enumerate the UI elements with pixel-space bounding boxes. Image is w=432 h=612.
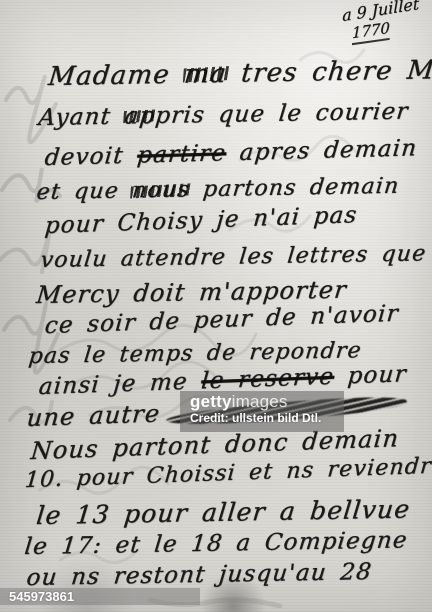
letter-text-segment: partons demain bbox=[189, 174, 401, 203]
letter-text-segment: Ayant bbox=[37, 103, 126, 131]
letter-line: le 13 pour aller a bellvue bbox=[35, 494, 412, 530]
letter-line: voulu attendre les lettres que bbox=[39, 241, 427, 273]
image-id-text: 545973861 bbox=[9, 589, 74, 604]
watermark: gettyimages Credit: ullstein bild Dtl. bbox=[180, 391, 344, 432]
letter-text-segment: apres demain bbox=[225, 135, 419, 166]
letter-text-segment: tres chere Mere bbox=[225, 54, 432, 89]
letter-text-segment: devoit bbox=[43, 143, 138, 171]
letter-photograph: a 9 Juillet 1770 Madame ma tres chere Me… bbox=[0, 0, 432, 612]
letter-text-segment: ainsi je me bbox=[38, 368, 203, 400]
letter-line: Madame ma tres chere Mere bbox=[47, 54, 432, 92]
letter-body: Madame ma tres chere MereAyant appris qu… bbox=[0, 0, 432, 612]
letter-text-segment: ma bbox=[183, 59, 229, 90]
image-id-bar: 545973861 bbox=[0, 588, 200, 605]
letter-text-segment: ou ns restont jusqu'au 28 bbox=[25, 559, 373, 591]
watermark-brand-getty: getty bbox=[190, 392, 232, 411]
watermark-credit: Credit: ullstein bild Dtl. bbox=[190, 411, 344, 426]
letter-text-segment: pour Choisy je n'ai pas bbox=[44, 202, 359, 239]
watermark-brand: gettyimages bbox=[190, 393, 344, 411]
letter-line: ou ns restont jusqu'au 28 bbox=[25, 559, 373, 591]
letter-text-segment: nous bbox=[131, 177, 191, 203]
letter-text-segment: pris que le courier bbox=[154, 99, 410, 129]
letter-line: et que nous partons demain bbox=[35, 174, 400, 205]
letter-text-segment: Madame bbox=[47, 60, 186, 92]
letter-line: Ayant appris que le courier bbox=[37, 99, 410, 132]
letter-line: devoit partire apres demain bbox=[43, 135, 418, 171]
letter-line: pour Choisy je n'ai pas bbox=[44, 202, 359, 239]
letter-line: le 17: et le 18 a Compiegne bbox=[23, 527, 409, 560]
letter-text-segment: partire bbox=[136, 140, 228, 168]
letter-text-segment: et que bbox=[35, 178, 133, 205]
letter-text-segment: une autre bbox=[26, 399, 162, 432]
letter-text-segment: ap bbox=[123, 103, 157, 130]
watermark-brand-images: images bbox=[232, 392, 288, 411]
letter-text-segment: voulu attendre les lettres que bbox=[39, 241, 427, 273]
letter-text-segment: le 13 pour aller a bellvue bbox=[35, 494, 412, 530]
letter-text-segment: pour bbox=[333, 361, 408, 390]
letter-text-segment: le 17: et le 18 a Compiegne bbox=[23, 527, 409, 560]
letter-text-segment: le reserve bbox=[200, 364, 335, 395]
